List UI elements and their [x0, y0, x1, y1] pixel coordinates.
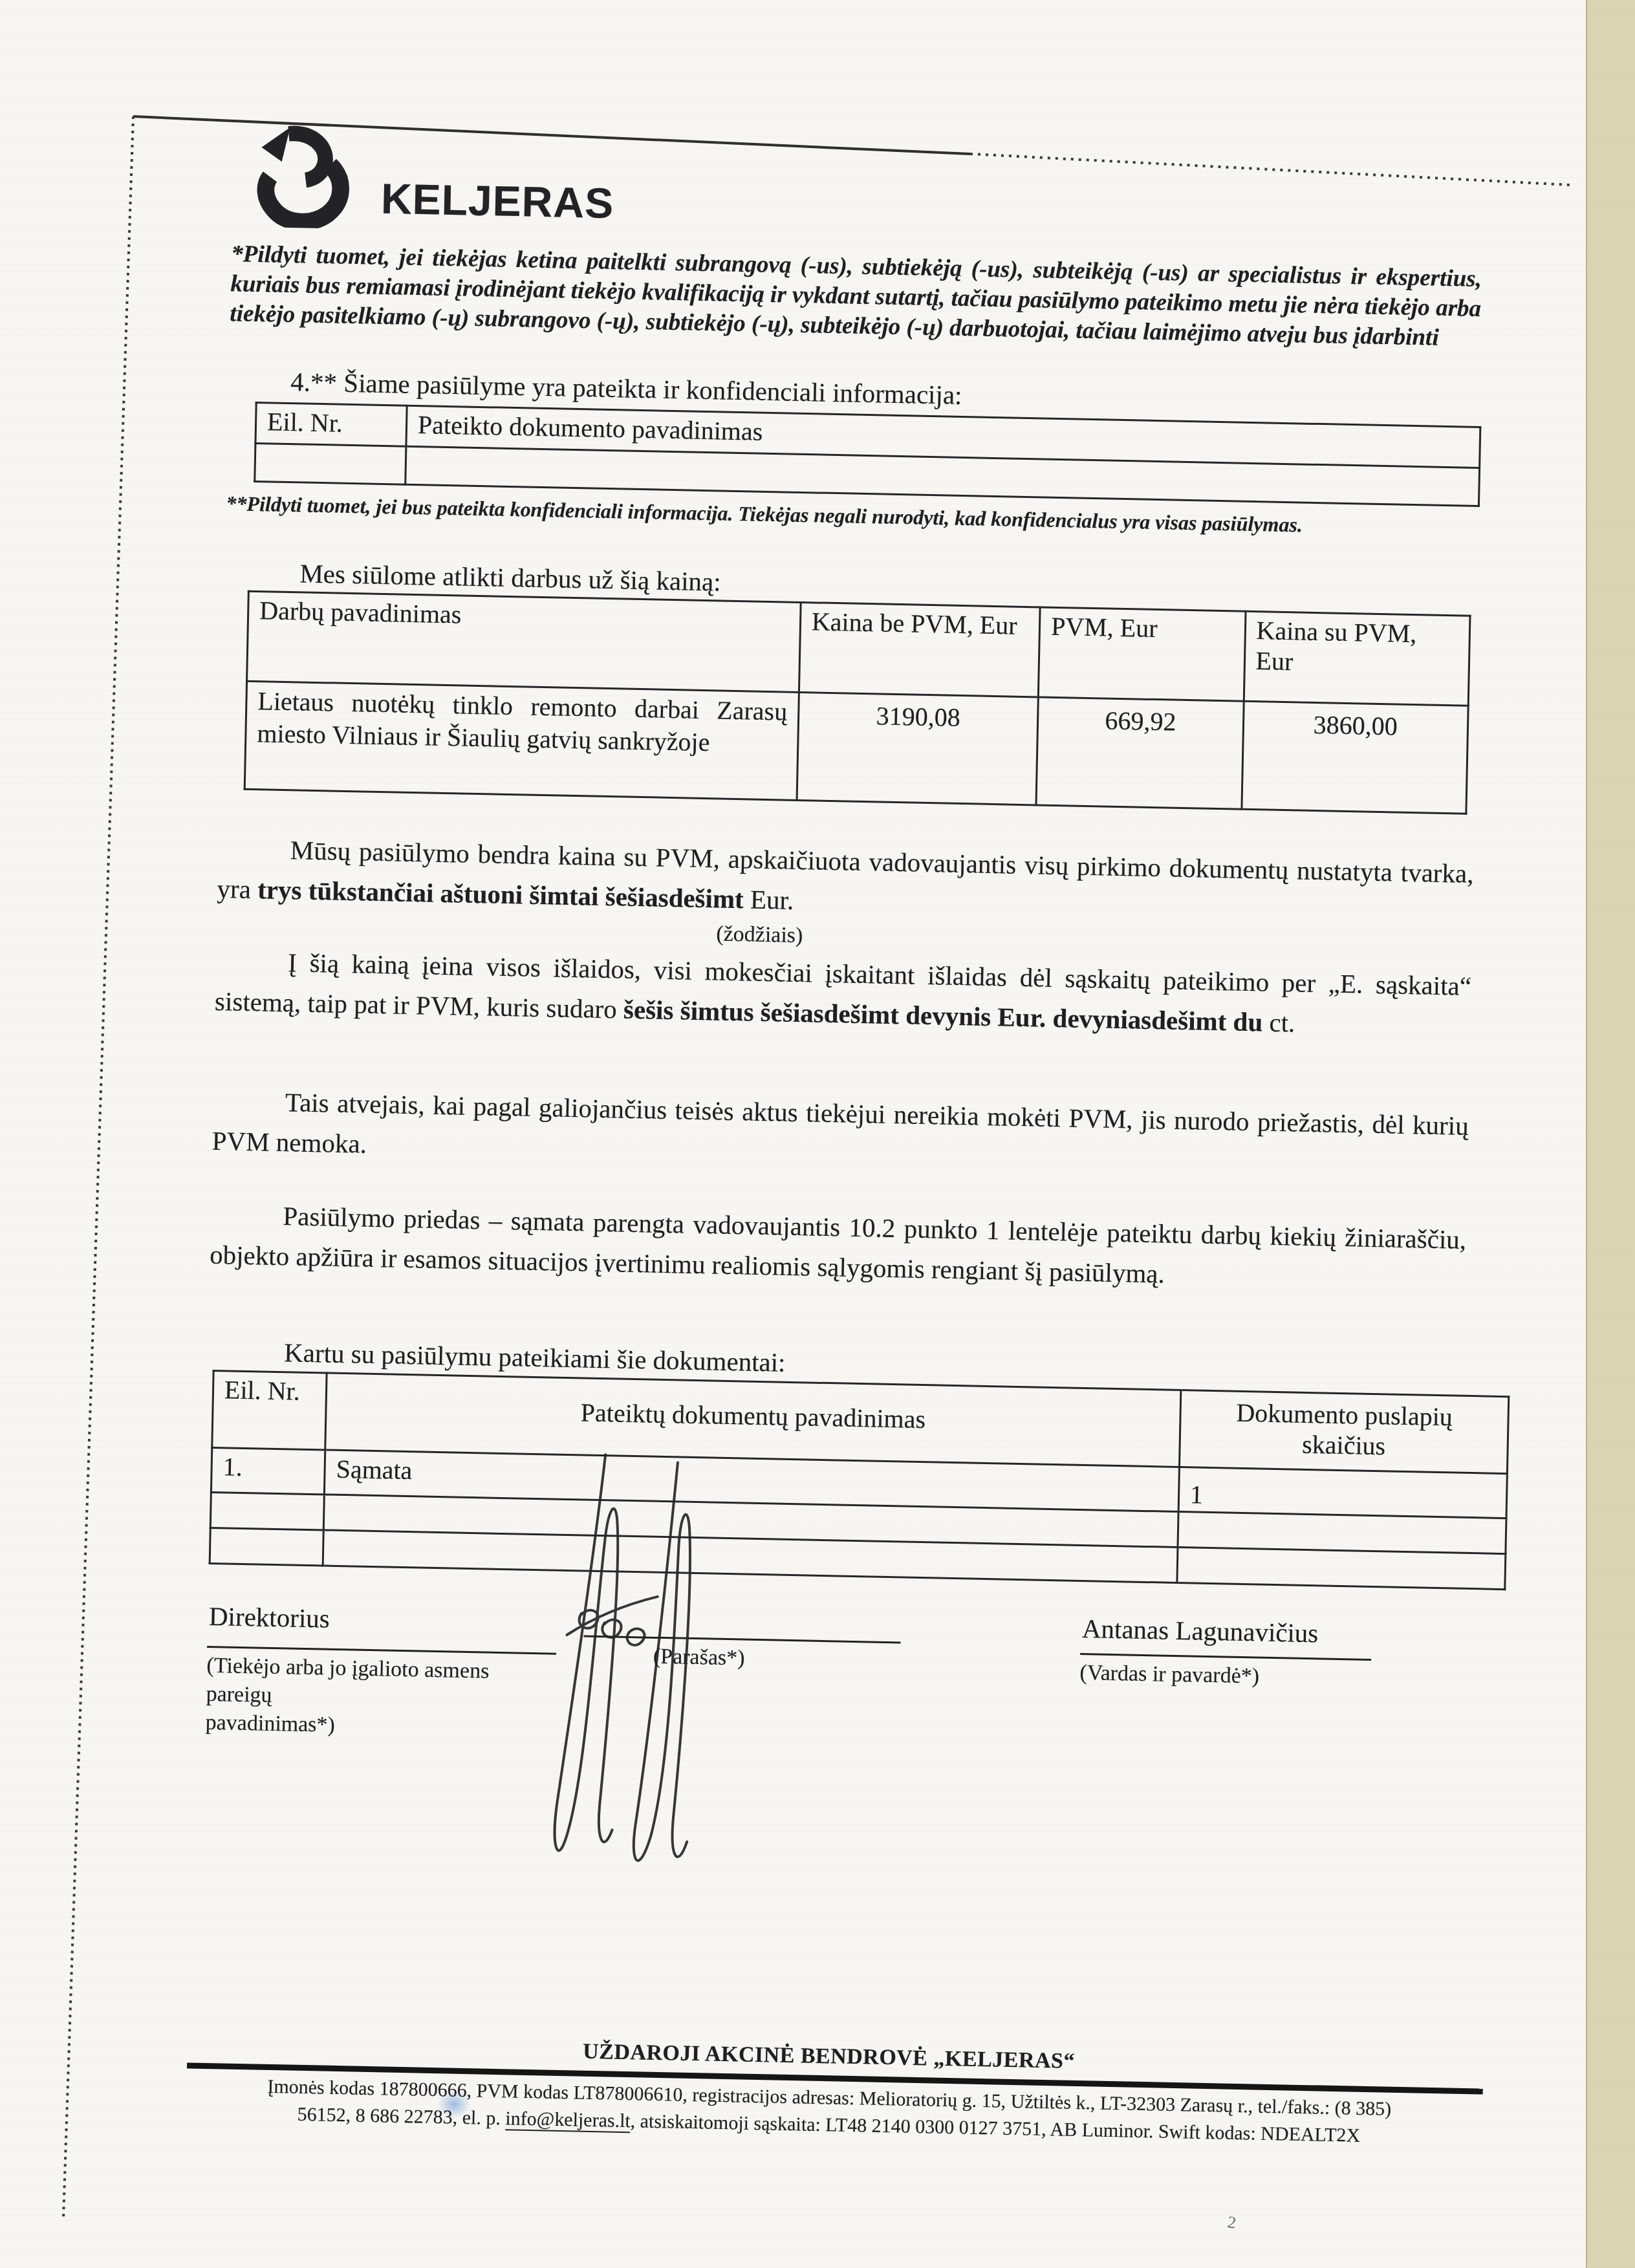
- total-price-in-words: trys tūkstančiai aštuoni šimtai šešiasde…: [257, 874, 744, 914]
- total-price-paragraph: Mūsų pasiūlymo bendra kaina su PVM, apsk…: [217, 829, 1474, 934]
- vat-cents-unit: ct.: [1262, 1007, 1295, 1037]
- price-table: Darbų pavadinimas Kaina be PVM, Eur PVM,…: [244, 590, 1471, 815]
- vat-cell: 669,92: [1036, 697, 1244, 809]
- name-caption: (Vardas ir pavardė*): [1079, 1659, 1371, 1693]
- vat-currency: Eur.: [991, 1002, 1053, 1033]
- position-caption: (Tiekėjo arba jo įgalioto asmens pareigų…: [205, 1652, 556, 1744]
- total-price-currency: Eur.: [743, 884, 794, 915]
- page-count-cell: 1: [1178, 1467, 1507, 1518]
- keljeras-swirl-logo-icon: [254, 122, 358, 229]
- col-header-vat: PVM, Eur: [1038, 607, 1245, 701]
- col-header-price-no-vat: Kaina be PVM, Eur: [799, 602, 1040, 697]
- col-header-eil-nr: Eil. Nr.: [255, 403, 407, 447]
- work-name-cell: Lietaus nuotėkų tinklo remonto darbai Za…: [244, 681, 799, 800]
- signer-position-block: Direktorius (Tiekėjo arba jo įgalioto as…: [205, 1601, 557, 1744]
- documents-intro-text: Kartu su pasiūlymu pateikiami šie dokume…: [284, 1337, 786, 1378]
- price-intro-text: Mes siūlome atlikti darbus už šią kainą:: [299, 557, 721, 597]
- signer-name: Antanas Lagunavičius: [1081, 1613, 1372, 1650]
- company-logo: KELJERAS: [254, 122, 615, 234]
- row-number-cell: 1.: [211, 1447, 325, 1494]
- vat-paragraph: Į šią kainą įeina visos išlaidos, visi m…: [215, 942, 1472, 1046]
- company-email: info@keljeras.lt: [505, 2108, 631, 2133]
- col-header-eil-nr: Eil. Nr.: [212, 1370, 327, 1449]
- scanner-edge-strip: [1586, 0, 1635, 2268]
- price-with-vat-cell: 3860,00: [1242, 701, 1469, 814]
- top-disclaimer-text: *Pildyti tuomet, jei tiekėjas ketina pai…: [230, 239, 1482, 353]
- signature-section: Direktorius (Tiekėjo arba jo įgalioto as…: [191, 1601, 1457, 1897]
- col-header-page-count: Dokumento puslapių skaičius: [1179, 1390, 1508, 1474]
- signature-line-block: (Parašas*): [583, 1636, 901, 1676]
- page-edge-left-dotted: [63, 116, 133, 2218]
- page-count-cell: [1178, 1511, 1506, 1553]
- signer-name-block: Antanas Lagunavičius (Vardas ir pavardė*…: [1079, 1613, 1372, 1693]
- company-logo-wordmark: KELJERAS: [380, 174, 614, 228]
- annex-paragraph: Pasiūlymo priedas – sąmata parengta vado…: [210, 1195, 1467, 1300]
- row-number-cell: [210, 1528, 323, 1566]
- signature-caption: (Parašas*): [653, 1643, 900, 1676]
- footer-company-name: UŽDAROJI AKCINĖ BENDROVĖ „KELJERAS“: [195, 2032, 1462, 2082]
- empty-cell: [255, 444, 406, 485]
- document-content: KELJERAS *Pildyti tuomet, jei tiekėjas k…: [184, 103, 1488, 2262]
- in-words-caption: (žodžiais): [623, 920, 896, 950]
- vat-cents-in-words: devyniasdešimt du: [1052, 1002, 1263, 1037]
- documents-table: Eil. Nr. Pateiktų dokumentų pavadinimas …: [209, 1370, 1510, 1590]
- signer-position-title: Direktorius: [209, 1601, 558, 1639]
- row-number-cell: [210, 1492, 324, 1530]
- col-header-work-name: Darbų pavadinimas: [247, 591, 801, 692]
- scanned-document-page: KELJERAS *Pildyti tuomet, jei tiekėjas k…: [0, 0, 1635, 2268]
- col-header-price-with-vat: Kaina su PVM, Eur: [1244, 611, 1470, 706]
- vat-amount-in-words: šešis šimtus šešiasdešimt devynis: [623, 994, 991, 1031]
- page-count-cell: [1177, 1547, 1506, 1589]
- footer-phone-email-prefix: 56152, 8 686 22783, el. p.: [297, 2104, 505, 2129]
- no-vat-paragraph: Tais atvejais, kai pagal galiojančius te…: [211, 1081, 1469, 1186]
- confidential-info-table: Eil. Nr. Pateikto dokumento pavadinimas: [254, 402, 1481, 507]
- price-no-vat-cell: 3190,08: [797, 692, 1039, 805]
